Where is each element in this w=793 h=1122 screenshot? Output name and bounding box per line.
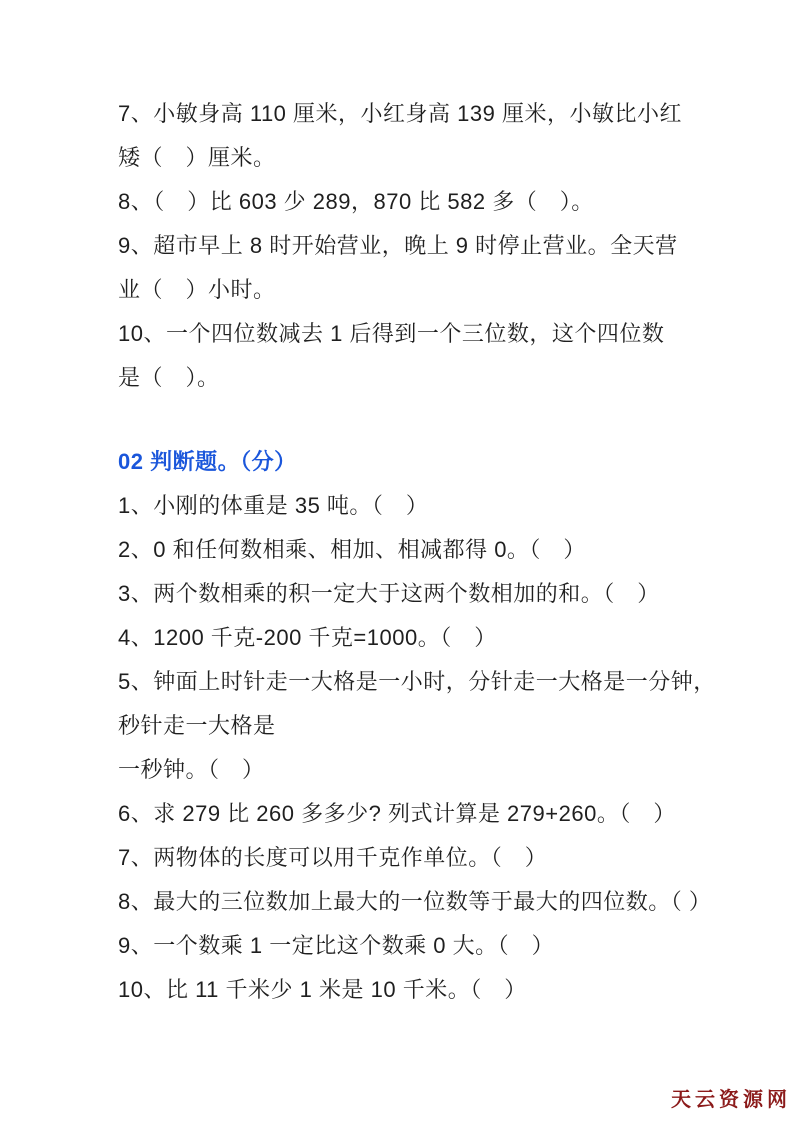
judgment-section-header: 02 判断题。（分） xyxy=(118,440,738,484)
judgment-question-7: 7、两物体的长度可以用千克作单位。（ ） xyxy=(118,836,738,880)
question-line: 是（ ）。 xyxy=(118,356,738,400)
question-line: 5、钟面上时针走一大格是一小时，分针走一大格是一分钟， xyxy=(118,660,738,704)
question-line: 9、一个数乘 1 一定比这个数乘 0 大。（ ） xyxy=(118,924,738,968)
judgment-question-5: 5、钟面上时针走一大格是一小时，分针走一大格是一分钟， 秒针走一大格是 一秒钟。… xyxy=(118,660,738,792)
question-line: 4、1200 千克-200 千克=1000。（ ） xyxy=(118,616,738,660)
question-line: 10、比 11 千米少 1 米是 10 千米。（ ） xyxy=(118,968,738,1012)
question-line: 秒针走一大格是 xyxy=(118,704,738,748)
question-line: 9、超市早上 8 时开始营业，晚上 9 时停止营业。全天营 xyxy=(118,224,738,268)
question-line: 6、求 279 比 260 多多少? 列式计算是 279+260。（ ） xyxy=(118,792,738,836)
question-line: 一秒钟。（ ） xyxy=(118,748,738,792)
question-line: 7、小敏身高 110 厘米，小红身高 139 厘米，小敏比小红 xyxy=(118,92,738,136)
judgment-question-2: 2、0 和任何数相乘、相加、相减都得 0。（ ） xyxy=(118,528,738,572)
judgment-question-1: 1、小刚的体重是 35 吨。（ ） xyxy=(118,484,738,528)
site-watermark: 天云资源网 xyxy=(671,1088,791,1112)
worksheet-content: 7、小敏身高 110 厘米，小红身高 139 厘米，小敏比小红 矮（ ）厘米。 … xyxy=(118,92,738,1012)
question-line: 3、两个数相乘的积一定大于这两个数相加的和。（ ） xyxy=(118,572,738,616)
fillin-question-7: 7、小敏身高 110 厘米，小红身高 139 厘米，小敏比小红 矮（ ）厘米。 xyxy=(118,92,738,180)
fillin-question-9: 9、超市早上 8 时开始营业，晚上 9 时停止营业。全天营 业（ ）小时。 xyxy=(118,224,738,312)
question-line: 矮（ ）厘米。 xyxy=(118,136,738,180)
judgment-question-6: 6、求 279 比 260 多多少? 列式计算是 279+260。（ ） xyxy=(118,792,738,836)
question-line: 7、两物体的长度可以用千克作单位。（ ） xyxy=(118,836,738,880)
judgment-question-9: 9、一个数乘 1 一定比这个数乘 0 大。（ ） xyxy=(118,924,738,968)
judgment-question-8: 8、最大的三位数加上最大的一位数等于最大的四位数。（ ） xyxy=(118,880,738,924)
fillin-question-10: 10、一个四位数减去 1 后得到一个三位数，这个四位数 是（ ）。 xyxy=(118,312,738,400)
judgment-question-4: 4、1200 千克-200 千克=1000。（ ） xyxy=(118,616,738,660)
question-line: 8、最大的三位数加上最大的一位数等于最大的四位数。（ ） xyxy=(118,880,738,924)
fillin-question-8: 8、（ ）比 603 少 289，870 比 582 多（ ）。 xyxy=(118,180,738,224)
question-line: 业（ ）小时。 xyxy=(118,268,738,312)
judgment-question-3: 3、两个数相乘的积一定大于这两个数相加的和。（ ） xyxy=(118,572,738,616)
question-line: 10、一个四位数减去 1 后得到一个三位数，这个四位数 xyxy=(118,312,738,356)
question-line: 8、（ ）比 603 少 289，870 比 582 多（ ）。 xyxy=(118,180,738,224)
question-line: 2、0 和任何数相乘、相加、相减都得 0。（ ） xyxy=(118,528,738,572)
judgment-question-10: 10、比 11 千米少 1 米是 10 千米。（ ） xyxy=(118,968,738,1012)
question-line: 1、小刚的体重是 35 吨。（ ） xyxy=(118,484,738,528)
